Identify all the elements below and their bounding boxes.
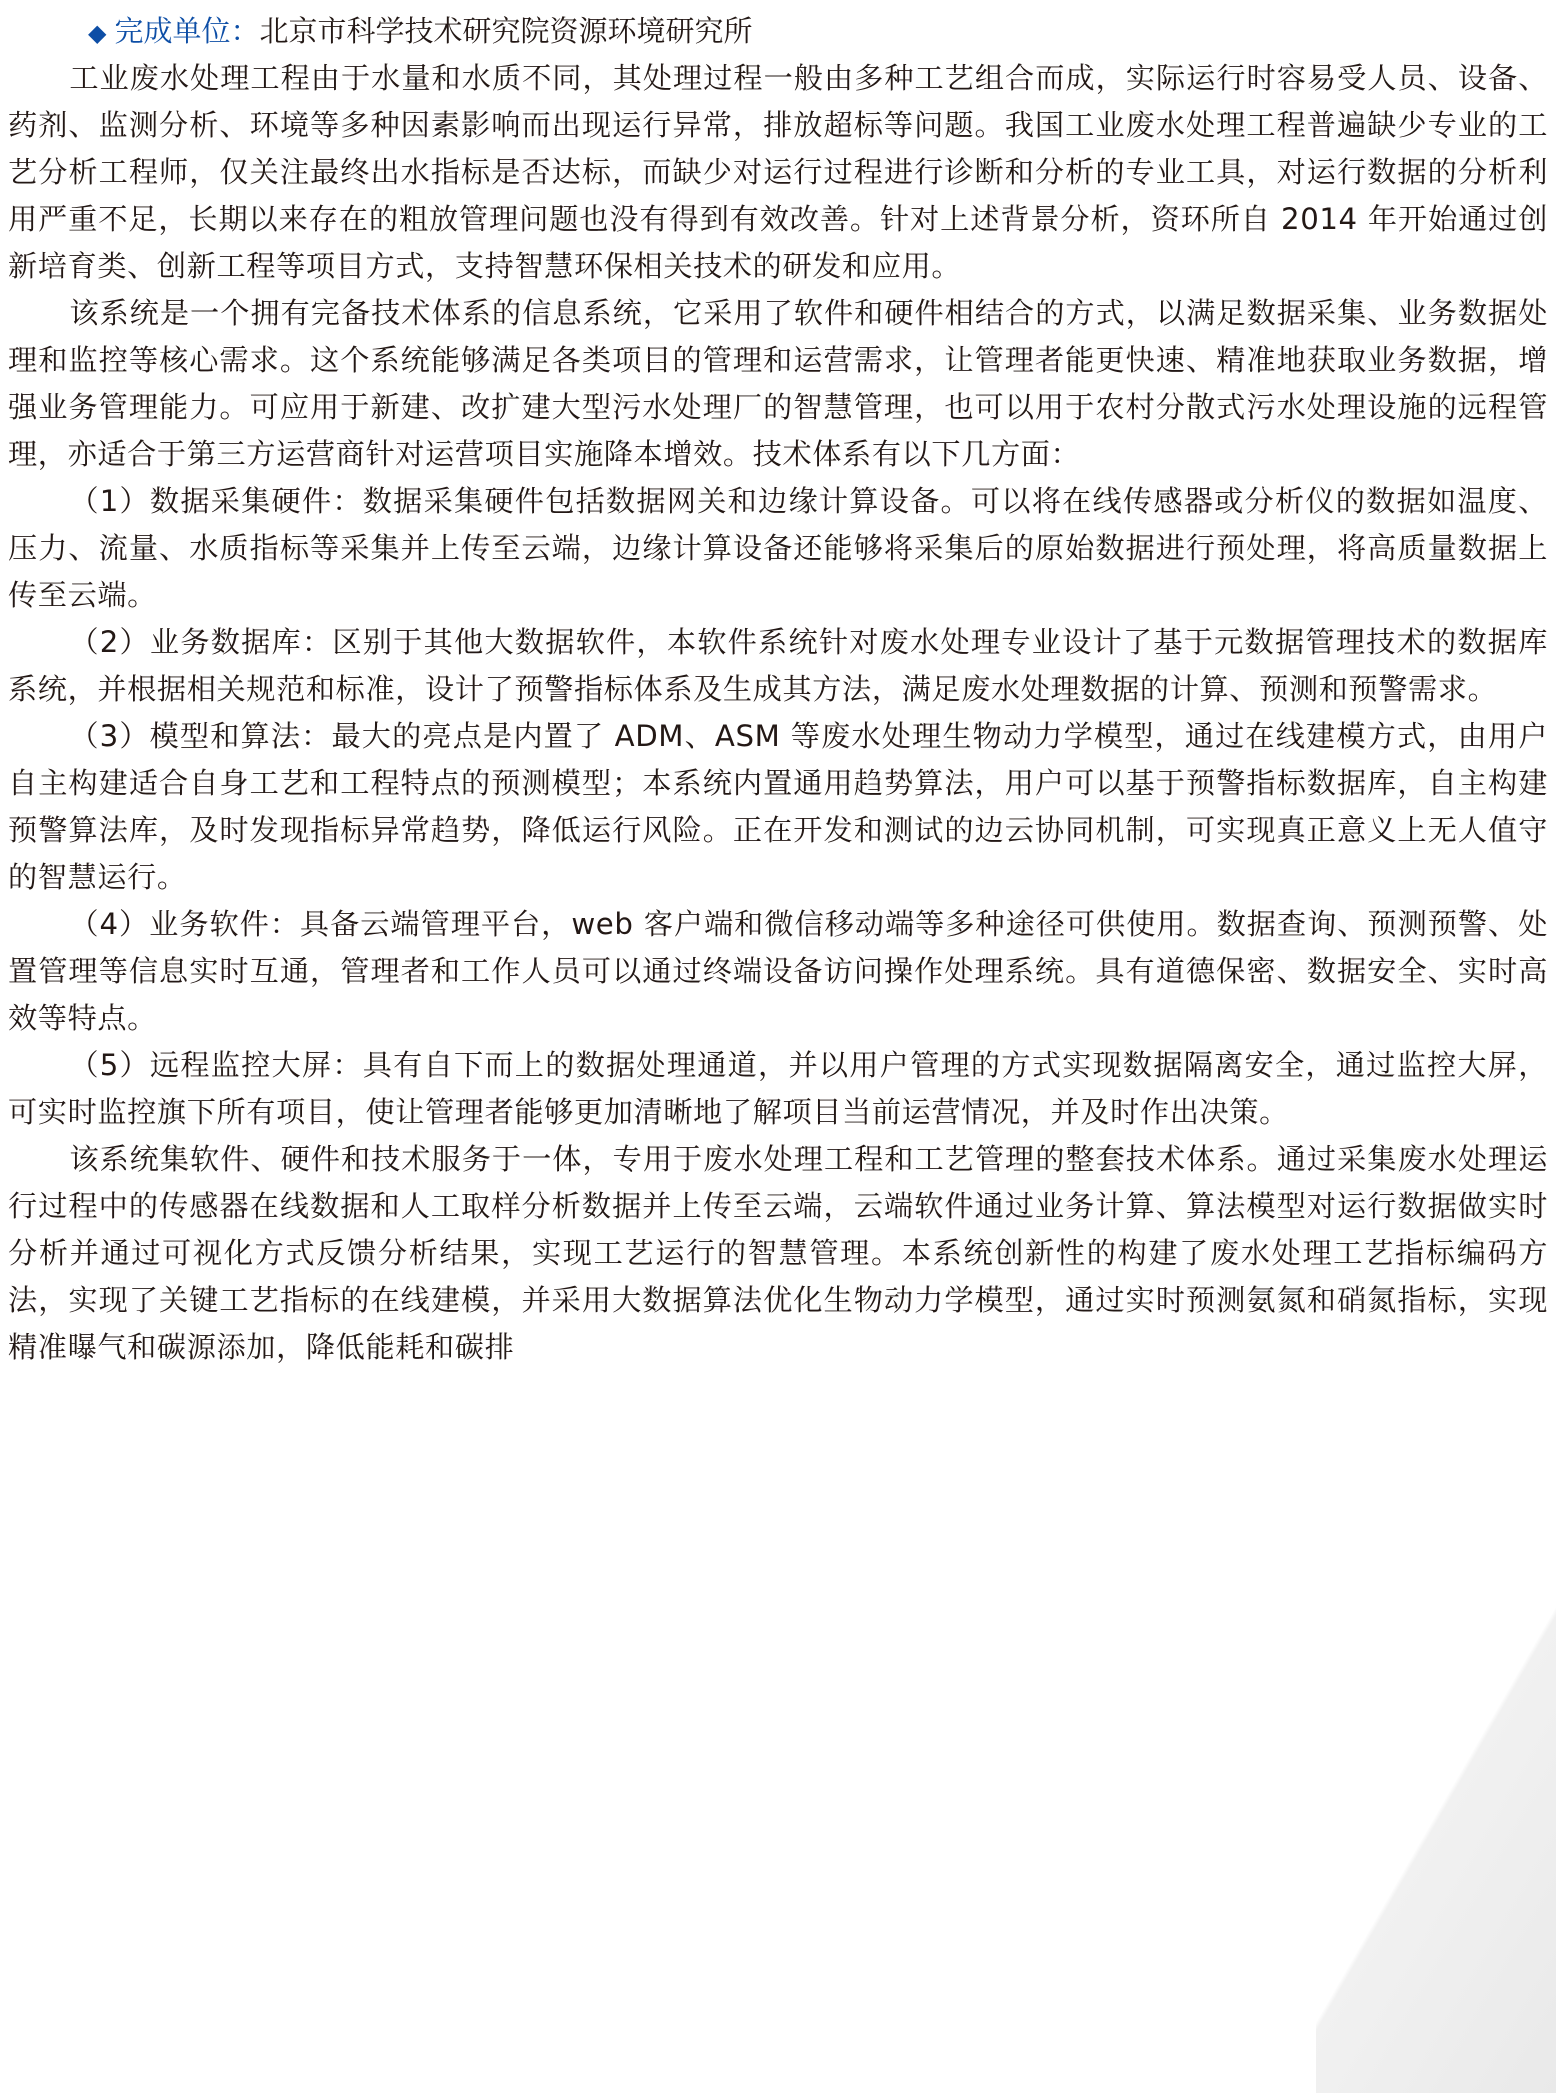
completion-unit-line: ◆完成单位：北京市科学技术研究院资源环境研究所 bbox=[8, 8, 1548, 55]
paragraph-item-4-business-software: （4）业务软件：具备云端管理平台，web 客户端和微信移动端等多种途径可供使用。… bbox=[8, 901, 1548, 1042]
paragraph-item-5-remote-monitoring-screen: （5）远程监控大屏：具有自下而上的数据处理通道，并以用户管理的方式实现数据隔离安… bbox=[8, 1042, 1548, 1136]
completion-unit-label: 完成单位： bbox=[114, 14, 259, 48]
paragraph-item-3-models-algorithms: （3）模型和算法：最大的亮点是内置了 ADM、ASM 等废水处理生物动力学模型，… bbox=[8, 713, 1548, 901]
paragraph-item-1-data-collection-hardware: （1）数据采集硬件：数据采集硬件包括数据网关和边缘计算设备。可以将在线传感器或分… bbox=[8, 478, 1548, 619]
paragraph-item-2-business-database: （2）业务数据库：区别于其他大数据软件，本软件系统针对废水处理专业设计了基于元数… bbox=[8, 619, 1548, 713]
completion-unit-value: 北京市科学技术研究院资源环境研究所 bbox=[259, 14, 752, 48]
diamond-bullet-icon: ◆ bbox=[88, 19, 106, 47]
decorative-corner-shape bbox=[1316, 1573, 1556, 2093]
paragraph-system-overview: 该系统是一个拥有完备技术体系的信息系统，它采用了软件和硬件相结合的方式，以满足数… bbox=[8, 290, 1548, 478]
paragraph-summary: 该系统集软件、硬件和技术服务于一体，专用于废水处理工程和工艺管理的整套技术体系。… bbox=[8, 1136, 1548, 1371]
paragraph-background: 工业废水处理工程由于水量和水质不同，其处理过程一般由多种工艺组合而成，实际运行时… bbox=[8, 55, 1548, 290]
document-page: ◆完成单位：北京市科学技术研究院资源环境研究所 工业废水处理工程由于水量和水质不… bbox=[0, 0, 1556, 1371]
